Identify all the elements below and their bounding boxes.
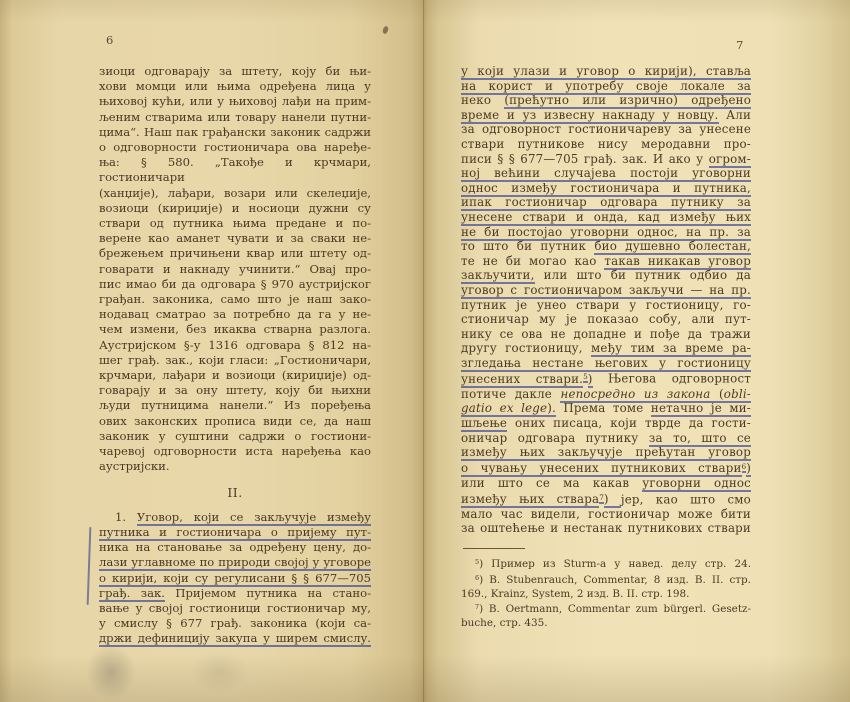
text-line: 6) B. Stubenrauch, Commentar, 8 изд. B. … [461,572,751,588]
text-line: возиоци (кириџије) и носиоци дужни су [99,201,371,216]
text-run: пис имао би да одговара § 970 аустријско… [99,277,371,291]
ink-speck [382,25,389,34]
text-run: јер, као што смо [621,492,751,506]
text-line: 7) B. Oertmann, Commentar zum bürgerl. G… [461,601,751,617]
text-line: згледања нестане његових у гостионицу [461,356,751,371]
text-run: или што би путник одбио да [535,268,751,282]
ink-underlined-text: унесених ствари. [461,372,583,388]
text-line: време и уз извесну накнаду у новцу. Али [461,108,751,123]
text-line: чем измени, без икаква стварна разлога. [99,322,371,337]
text-line: закључити, или што би путник одбио да [461,268,751,283]
text-line: хови момци или њима одређена лица у [99,79,371,94]
text-line: gatio ex lege). Према томе нетачно је ми… [461,401,751,416]
text-run: њиховој кући, или у њиховој лађи на прим… [99,94,371,108]
text-run: грађан. законика, само што је наш зако- [99,292,371,306]
text-line: брежењем причињени квар или штету од- [99,246,371,261]
text-run: говарају и за ону штету, коју би њихни [99,383,371,397]
ink-underlined-text: шљење [461,416,507,432]
text-line: ствари путникове нису меродавни про- [461,137,751,152]
text-run: ) B. Oertmann, Commentar zum bürgerl. Ge… [479,603,751,615]
book-gutter-crease [423,0,424,702]
text-run: мало час видели, гостионичар може бити [461,507,751,521]
ink-underlined-text: за то, што се [649,431,751,447]
text-run: нику се ова не допадне и пође да тражи [461,327,751,341]
text-line: потиче дакле непосредно из закона (obli- [461,387,751,402]
text-run: оничар одговара путнику [461,431,649,445]
text-line: те не би могао као такав никакав уговор [461,254,751,269]
text-run: Његова одговорност [593,372,751,386]
text-line: шљење оних писаца, који тврде да гости- [461,416,751,431]
text-line: мало час видели, гостионичар може бити [461,507,751,522]
ink-underlined-text: ) [604,492,621,508]
footnotes: 5) Пример из Sturm-а у навед. делу стр. … [461,556,751,631]
text-run: аустријски. [99,459,170,473]
text-line: људи путницима нанели.“ Из поређења [99,398,371,413]
text-run: чаревој одговорности иста наређења као [99,444,371,458]
ink-underlined-text: (прећутно или изрично) одређено [504,93,751,109]
text-run: говарати и накнаду учинити.“ Овај про- [99,262,371,276]
text-run: ствари путникове нису меродавни про- [461,137,751,151]
text-run: о одговорности гостионичара ова наређе- [99,140,371,154]
paragraph-with-margin-mark: 1. Уговор, који се закључује измеђупутни… [99,510,371,647]
text-run: неко [461,93,504,107]
text-line: верене као аманет чувати и за сваки не- [99,231,371,246]
text-line: њиховој кући, или у њиховој лађи на прим… [99,94,371,109]
text-line: за одговорност гостионичареву за унесене [461,122,751,137]
ink-underlined-text: лази углавноме по природи својој у угово… [99,555,371,571]
text-run: ) B. Stubenrauch, Commentar, 8 изд. B. I… [479,574,751,586]
text-line: у који улази и уговор о кирији), ставља [461,64,751,79]
ink-underlined-text: грађ. зак. [99,586,165,602]
text-line: о чувању унесених путникових ствари6) [461,460,751,476]
text-run: Пријемом путника на стано- [165,586,371,600]
text-run: Према томе [556,401,651,415]
text-run: брежењем причињени квар или штету од- [99,246,371,260]
text-line: ствари од путника њима предане и по- [99,216,371,231]
ink-underlined-text: ипак гостионичар одговара путнику за [461,195,751,211]
text-line: говарати и накнаду учинити.“ Овај про- [99,262,371,277]
text-line: унесених ствари.5) Његова одговорност [461,370,751,386]
ink-underlined-text: уговорни однос [642,476,751,492]
ink-underlined-text: био душевно болестан, [594,239,751,255]
text-line: уговор с гостионичаром закључи — на пр. [461,283,751,298]
text-line: 169., Krainz, System, 2 изд. B. II. стр.… [461,588,751,602]
ink-underlined-text: у који улази и уговор о кирији), ставља [461,64,751,80]
text-run: хови момци или њима одређена лица у [99,79,371,93]
text-line: на корист и употребу своје локале за [461,79,751,94]
text-line: говарају и за ону штету, коју би њихни [99,383,371,398]
right-page-text: у који улази и уговор о кирији), стављан… [461,64,751,631]
text-run: оних писаца, који тврде да гости- [507,416,751,430]
text-line: другу гостионицу, међу тим за време ра- [461,341,751,356]
text-run: то што би путник [461,239,594,253]
paper-smudge [190,650,250,694]
text-run: нодавац сматрао за потребно да га у не- [99,307,371,321]
text-line: стионичар му је показао собу, али пут- [461,312,751,327]
text-line: (ханџије), лађари, возари или скелеџије, [99,186,371,201]
text-line: лази углавноме по природи својој у угово… [99,555,371,570]
text-run: 1. [115,510,137,524]
text-line: пис имао би да одговара § 970 аустријско… [99,277,371,292]
text-run: ) Пример из Sturm-а у навед. делу стр. 2… [479,558,751,570]
text-line: Аустријском §-у 1316 одговара § 812 на- [99,338,371,353]
text-line: за оштећење и нестанак путникових ствари [461,521,751,536]
paragraph: зиоци одговарају за штету, коју би њи-хо… [99,64,371,474]
text-line: нодавац сматрао за потребно да га у не- [99,307,371,322]
ink-underlined-text: на корист и употребу своје локале за [461,79,751,95]
text-line: љеним стварима или товару нанели путни- [99,110,371,125]
text-line: ња: § 580. „Такође и крчмари, гостионича… [99,155,371,185]
ink-underlined-text: ) [746,461,751,477]
ink-underlined-text: однос између гостионичара и путника, [461,181,751,197]
text-line: држи дефиницију закупа у ширем смислу. [99,631,371,646]
text-line: 1. Уговор, који се закључује између [99,510,371,525]
text-run: (ханџије), лађари, возари или скелеџије, [99,186,371,200]
text-line: крчмари, лађари и возиоци (кириџије) од- [99,368,371,383]
text-run: зиоци одговарају за штету, коју би њи- [99,64,371,78]
text-run: потиче дакле [461,387,560,401]
text-run: Али [719,108,752,122]
text-line: оничар одговара путнику за то, што се [461,431,751,446]
text-run: вање у својој гостионици гостионичар му, [99,601,371,615]
text-run: за одговорност гостионичареву за унесене [461,122,751,136]
text-line: унесене ствари и онда, кад између њих [461,210,751,225]
ink-underlined-text: између њих ствара [461,492,599,508]
text-line: писи § § 677—705 грађ. зак. И ако у огро… [461,152,751,167]
text-line: у смислу § 677 грађ. законика (који са- [99,616,371,631]
text-line: то што би путник био душевно болестан, [461,239,751,254]
text-run: те не би могао као [461,254,604,268]
ink-underlined-text: непосредно из закона [560,387,710,403]
text-line: нику се ова не допадне и пође да тражи [461,327,751,342]
text-run: људи путницима нанели.“ Из поређења [99,398,371,412]
text-line: зиоци одговарају за штету, коју би њи- [99,64,371,79]
ink-underlined-text: ној већини случајева постоји уговорни [461,166,751,182]
text-line: о кирији, који су регулисани § § 677—705 [99,571,371,586]
text-run: стионичар му је показао собу, али пут- [461,312,751,326]
text-run: писи § § 677—705 грађ. зак. И ако у [461,152,709,166]
text-line: чаревој одговорности иста наређења као [99,444,371,459]
ink-underlined-text: не би постојао уговорни однос, на пр. за [461,225,751,241]
ink-underlined-text: нетачно је ми- [651,401,751,417]
ink-underlined-text: огром- [709,152,751,168]
text-line: грађан. законика, само што је наш зако- [99,292,371,307]
text-line: између њих закључује прећутан уговор [461,445,751,460]
text-line: путник је унео ствари у гостионицу, го- [461,298,751,313]
ink-underlined-text: држи дефиницију закупа у ширем смислу. [99,631,371,647]
text-line: однос између гостионичара и путника, [461,181,751,196]
paragraph: у који улази и уговор о кирији), стављан… [461,64,751,536]
text-run: љеним стварима или товару нанели путни- [99,110,371,124]
text-line: о одговорности гостионичара ова наређе- [99,140,371,155]
text-run: крчмари, лађари и возиоци (кириџије) од- [99,368,371,382]
ink-underlined-text: згледања нестане његових у гостионицу [461,356,751,372]
text-line: између њих ствара7) јер, као што смо [461,491,751,507]
ink-underlined-text: obli- [724,387,751,403]
text-run: чем измени, без икаква стварна разлога. [99,322,371,336]
text-run: ника на становање за одређену цену, до- [99,540,371,554]
ink-underlined-text: унесене ствари и онда, кад између њих [461,210,751,226]
ink-underlined-text: између њих закључује прећутан уговор [461,445,751,461]
paper-smudge [86,644,136,700]
ink-underlined-text: такав никакав уговор [604,254,751,270]
text-line: или што се ма какав уговорни однос [461,476,751,491]
text-run: путник је унео ствари у гостионицу, го- [461,298,751,312]
text-line: ној већини случајева постоји уговорни [461,166,751,181]
text-run: цима“. Наш пак грађански законик садржи [99,125,371,139]
page-number-right: 7 [736,38,743,52]
text-run: 169., Krainz, System, 2 изд. B. II. стр.… [461,588,689,600]
ink-underlined-text: gatio ex lege [461,401,547,417]
text-line: не би постојао уговорни однос, на пр. за [461,225,751,240]
text-run: или што се ма какав [461,476,642,490]
text-run: шег грађ. зак., који гласи: „Гостионичар… [99,353,371,367]
footnote-separator [463,548,525,549]
text-run: у смислу § 677 грађ. законика (који са- [99,616,371,630]
text-run: возиоци (кириџије) и носиоци дужни су [99,201,371,215]
text-line: ника на становање за одређену цену, до- [99,540,371,555]
text-run: верене као аманет чувати и за сваки не- [99,231,371,245]
text-run: buche, стр. 435. [461,617,548,629]
text-line: ових законских прописа види се, да наш [99,414,371,429]
text-line: путника и гостионичара о пријему пут- [99,525,371,540]
ink-underlined-text: време и уз извесну накнаду у новцу. [461,108,719,124]
text-run: ња: § 580. „Такође и крчмари, гостионича… [99,155,371,184]
book-scan-photo: 6 7 зиоци одговарају за штету, коју би њ… [0,0,850,702]
left-page-text: зиоци одговарају за штету, коју би њи-хо… [99,64,371,647]
text-line: аустријски. [99,459,371,474]
ink-underlined-text: ( [710,387,723,403]
ink-underlined-text: ). [547,401,556,417]
text-line: ипак гостионичар одговара путнику за [461,195,751,210]
text-run: ових законских прописа види се, да наш [99,414,371,428]
text-line: вање у својој гостионици гостионичар му, [99,601,371,616]
text-line: неко (прећутно или изрично) одређено [461,93,751,108]
text-run: за оштећење и нестанак путникових ствари [461,521,751,535]
section-heading: II. [99,485,371,500]
right-page-body: у који улази и уговор о кирији), стављан… [461,64,751,536]
text-run: законик у суштини садржи о гостиони- [99,429,371,443]
text-line: грађ. зак. Пријемом путника на стано- [99,586,371,601]
text-line: 5) Пример из Sturm-а у навед. делу стр. … [461,556,751,572]
ink-underlined-text: о чувању унесених путникових ствари [461,461,742,477]
text-line: цима“. Наш пак грађански законик садржи [99,125,371,140]
text-run: Аустријском §-у 1316 одговара § 812 на- [99,338,371,352]
page-number-left: 6 [106,33,113,47]
ink-underlined-text: о кирији, који су регулисани § § 677—705 [99,571,371,587]
ink-underlined-text: путника и гостионичара о пријему пут- [99,525,371,541]
ink-underlined-text: Уговор, који се закључује између [137,510,371,526]
text-run: другу гостионицу, [461,341,591,355]
ink-underlined-text: међу тим за време ра- [591,341,751,357]
text-line: buche, стр. 435. [461,617,751,631]
text-line: шег грађ. зак., који гласи: „Гостионичар… [99,353,371,368]
text-run: ствари од путника њима предане и по- [99,216,371,230]
text-line: законик у суштини садржи о гостиони- [99,429,371,444]
ink-underlined-text: закључити, [461,268,535,284]
ink-underlined-text: уговор с гостионичаром закључи — на пр. [461,283,751,299]
